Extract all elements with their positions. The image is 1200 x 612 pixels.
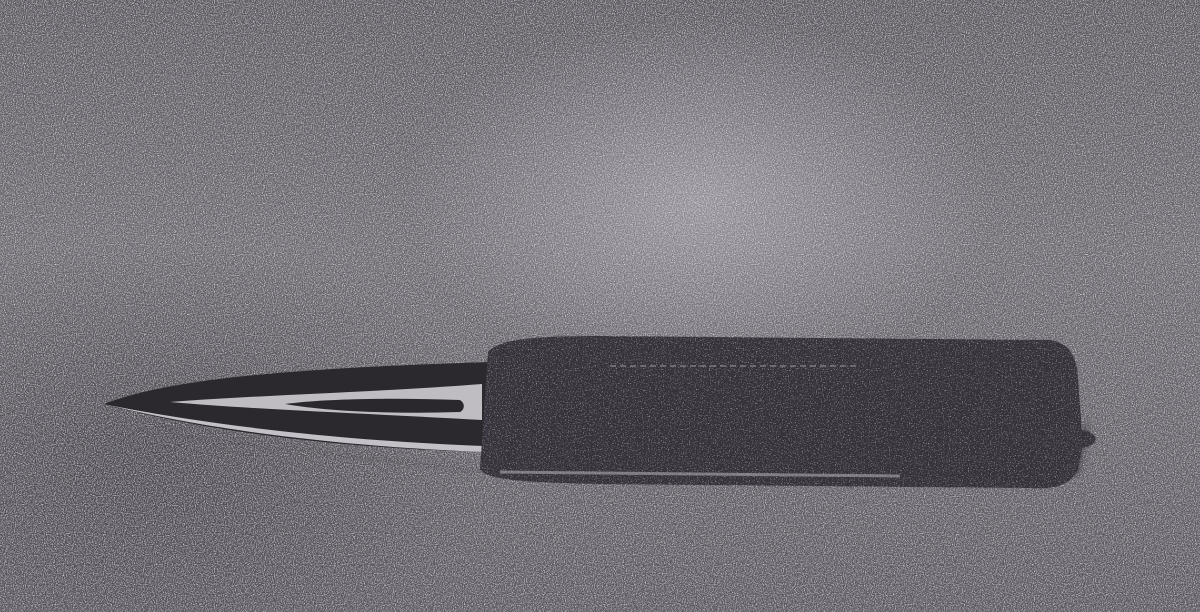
blade xyxy=(104,362,490,452)
photo-scene xyxy=(0,0,1200,612)
handle xyxy=(480,336,1096,488)
knife xyxy=(0,0,1200,612)
